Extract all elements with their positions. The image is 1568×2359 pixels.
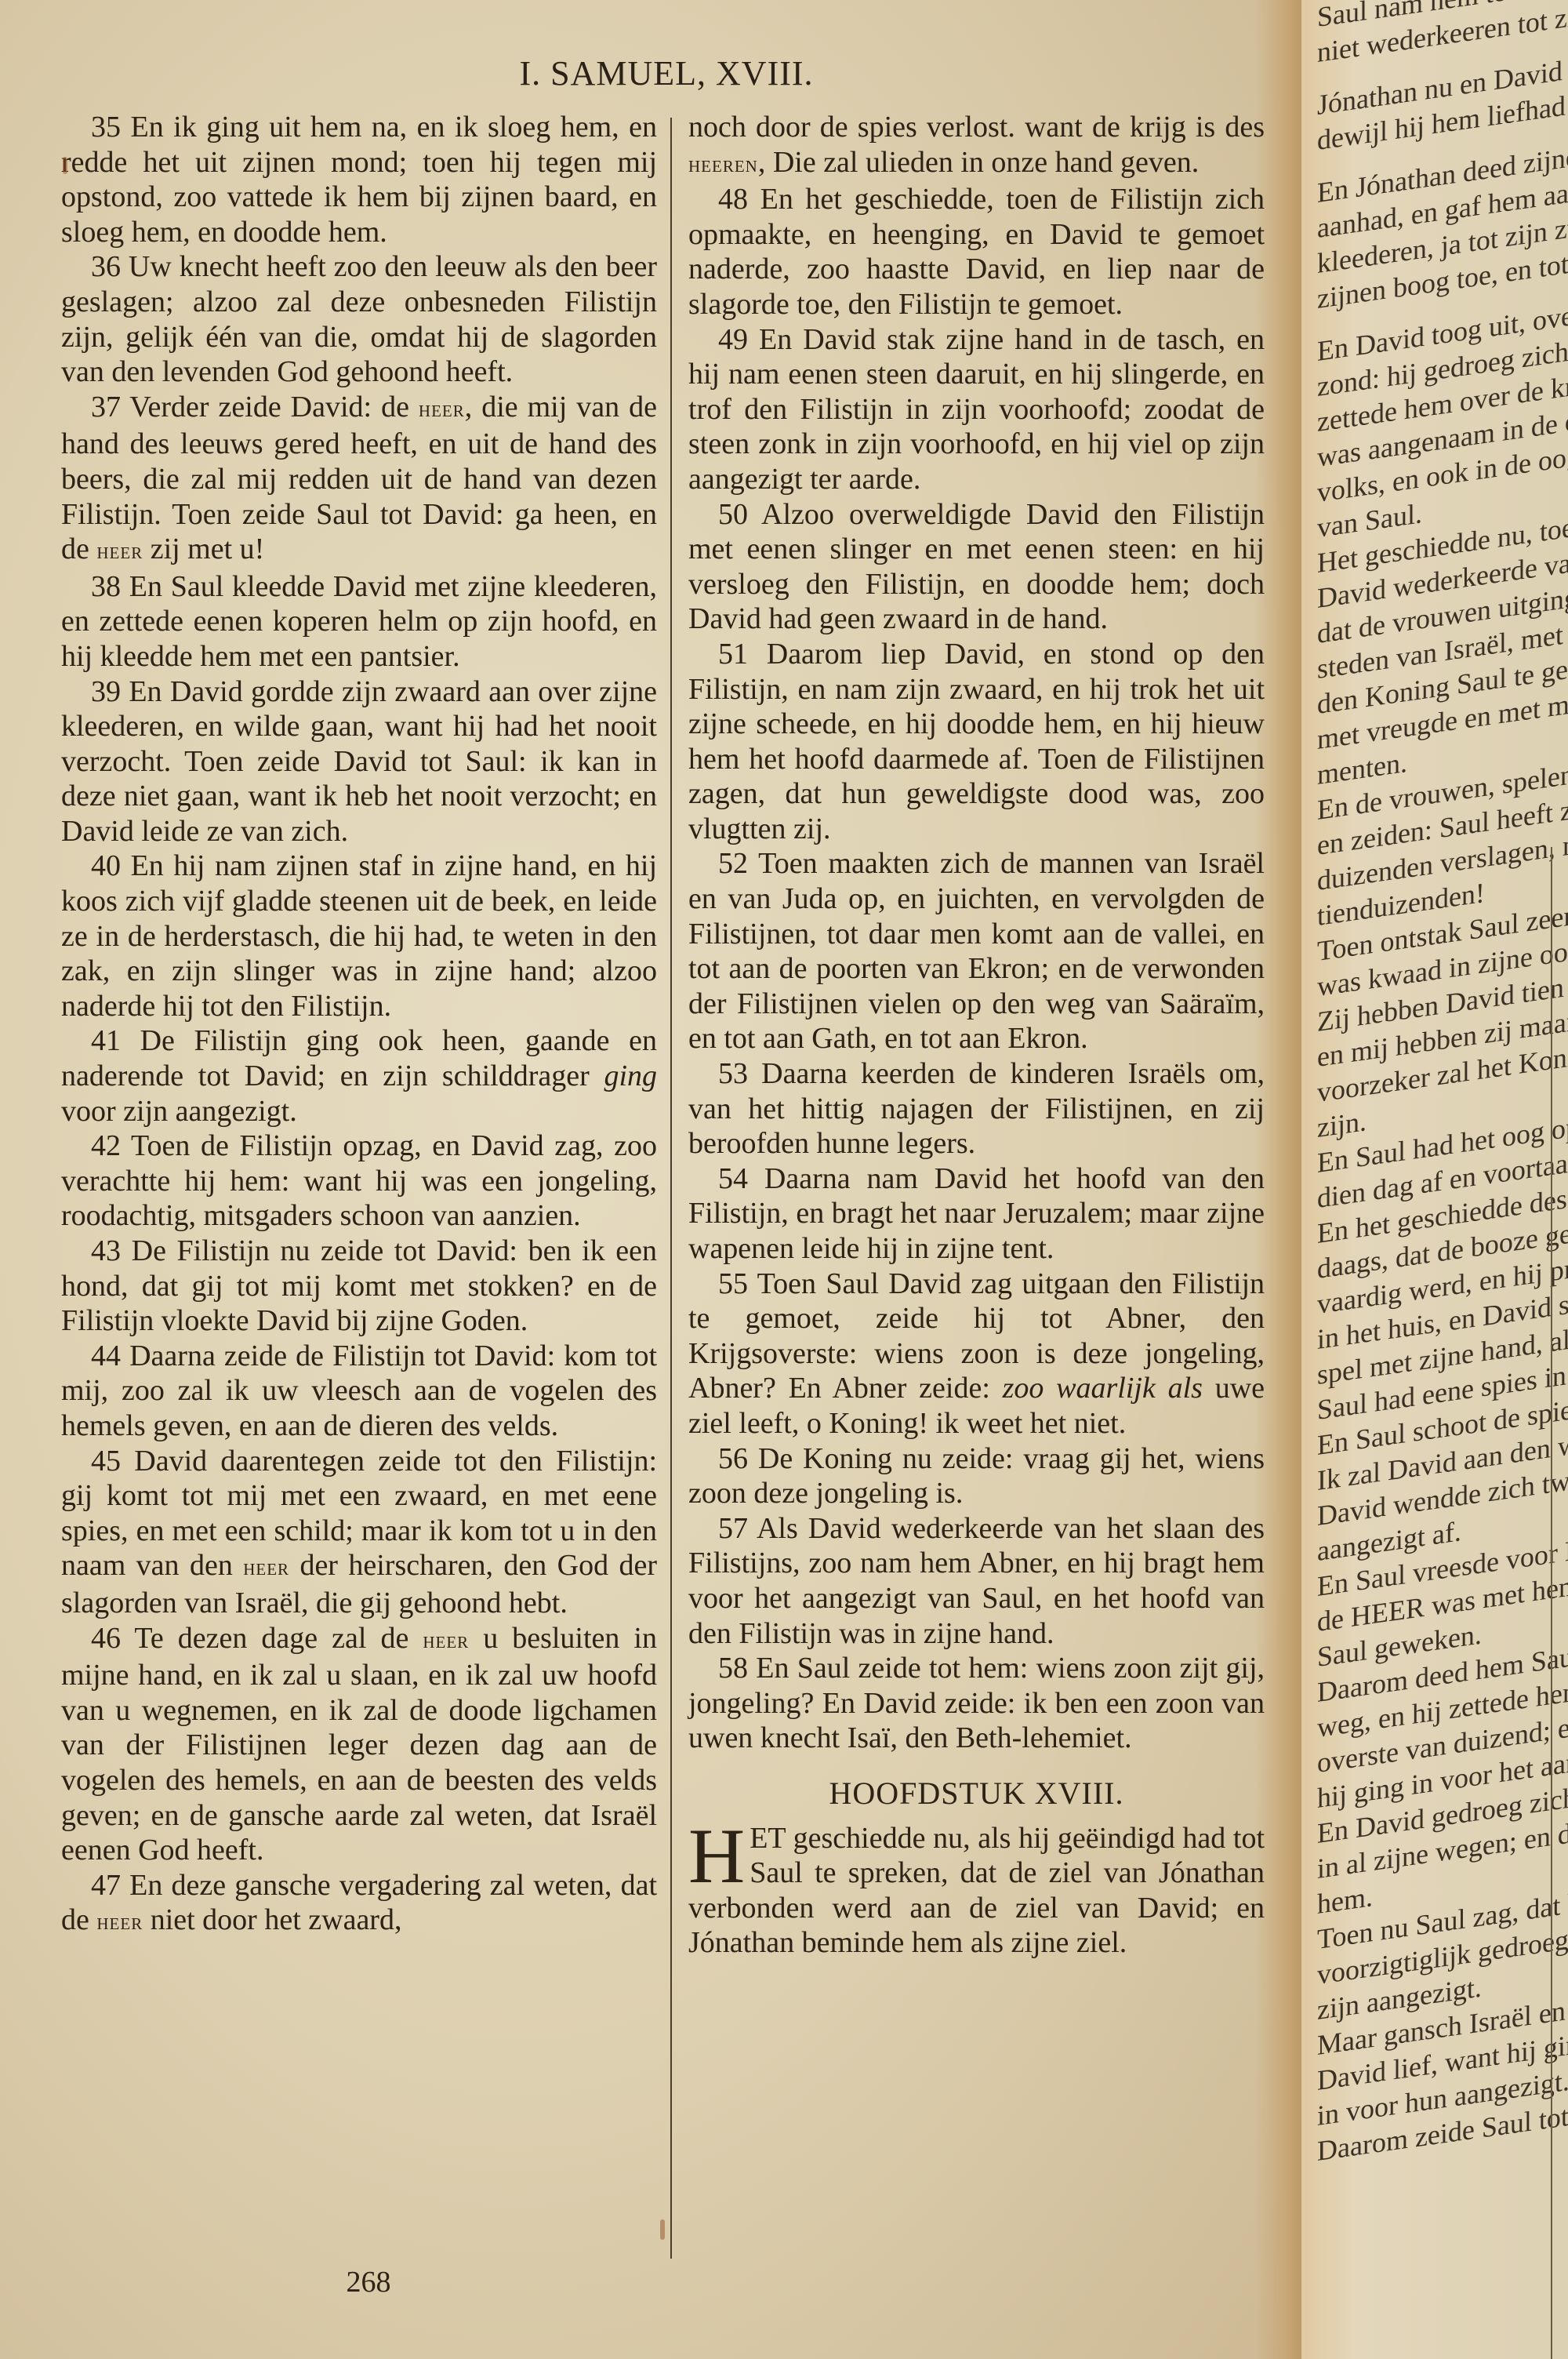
verse-text: Te dezen dage zal de [134,1622,423,1655]
divine-name-small-caps: HEER [96,539,143,564]
divine-name-small-caps: HEER [243,1555,289,1580]
verse-47-continuation: noch door de spies verlost. want de krij… [688,110,1265,182]
verse-text: En het geschiedde, toen de Filistijn zic… [688,183,1265,321]
verse-51: 51 Daarom liep David, en stond op den Fi… [688,637,1265,847]
verse-text: Daarna nam David het hoofd van den Filis… [688,1162,1265,1265]
chapter-opening-paragraph: HET geschiedde nu, als hij geëindigd had… [688,1821,1265,1961]
divine-name-small-caps: HEEREN [688,152,758,177]
verse-46: 46 Te dezen dage zal de HEER u besluiten… [61,1621,657,1868]
verse-52: 52 Toen maakten zich de mannen van Israë… [688,846,1265,1056]
verse-number: 40 [91,849,121,882]
drop-cap: H [688,1824,745,1888]
verse-text: En David gordde zijn zwaard aan over zij… [61,675,657,848]
verse-44: 44 Daarna zeide de Filistijn tot David: … [61,1339,657,1444]
verse-56: 56 De Koning nu zeide: vraag gij het, wi… [688,1441,1265,1511]
verse-number: 44 [91,1339,121,1372]
verse-55: 55 Toen Saul David zag uitgaan den Filis… [688,1267,1265,1441]
verse-48: 48 En het geschiedde, toen de Filistijn … [688,182,1265,322]
verse-number: 56 [718,1442,748,1475]
divine-name-small-caps: HEER [96,1910,143,1935]
verse-text: , Die zal ulieden in onze hand geven. [758,146,1199,179]
verse-number: 39 [91,675,121,708]
left-column: 35 En ik ging uit hem na, en ik sloeg he… [61,110,657,1940]
column-divider-rule [670,118,672,2259]
verse-text: De Filistijn nu zeide tot David: ben ik … [61,1234,657,1337]
verse-number: 45 [91,1445,121,1478]
verse-number: 36 [91,250,121,283]
verse-50: 50 Alzoo overweldigde David den Filistij… [688,497,1265,637]
verse-number: 51 [718,638,748,671]
adjacent-page-fragment: Saul nam hem te dien dage, enniet wederk… [1301,0,1568,2359]
verse-number: 35 [91,111,121,144]
verse-text: En Saul kleedde David met zijne kleedere… [61,570,657,673]
verse-number: 52 [718,847,748,880]
verse-number: 58 [718,1652,748,1685]
verse-38: 38 En Saul kleedde David met zijne kleed… [61,569,657,674]
verse-text: De Filistijn ging ook heen, gaande en na… [61,1024,657,1092]
verse-number: 49 [718,323,748,356]
verse-49: 49 En David stak zijne hand in de tasch,… [688,322,1265,497]
verse-text: En hij nam zijnen staf in zijne hand, en… [61,849,657,1022]
verse-43: 43 De Filistijn nu zeide tot David: ben … [61,1234,657,1339]
divine-name-small-caps: HEER [419,397,465,422]
divine-name-small-caps: HEER [423,1628,469,1653]
verse-number: 48 [718,183,748,216]
italic-supplied-words: zoo waarlijk als [1003,1372,1203,1405]
verse-53: 53 Daarna keerden de kinderen Israëls om… [688,1056,1265,1161]
verse-text: En David stak zijne hand in de tasch, en… [688,323,1265,496]
verse-40: 40 En hij nam zijnen staf in zijne hand,… [61,849,657,1023]
paper-stain [63,157,67,174]
verse-text: Verder zeide David: de [129,391,419,423]
verse-text: Daarna keerden de kinderen Israëls om, v… [688,1057,1265,1160]
verse-text: noch door de spies verlost. want de krij… [688,111,1265,144]
adjacent-page-text: Saul nam hem te dien dage, enniet wederk… [1317,0,1568,2169]
verse-number: 37 [91,391,121,423]
verse-35: 35 En ik ging uit hem na, en ik sloeg he… [61,110,657,249]
verse-number: 41 [91,1024,121,1057]
verse-41: 41 De Filistijn ging ook heen, gaande en… [61,1023,657,1129]
opening-caps: ET [750,1822,786,1855]
verse-text: Uw knecht heeft zoo den leeuw als den be… [61,250,657,388]
verse-number: 53 [718,1057,748,1090]
verse-number: 46 [91,1622,121,1655]
verse-47: 47 En deze gansche vergadering zal weten… [61,1868,657,1940]
verse-text: voor zijn aangezigt. [61,1095,297,1128]
verse-number: 54 [718,1162,748,1195]
verse-37: 37 Verder zeide David: de HEER, die mij … [61,390,657,569]
verse-number: 43 [91,1234,121,1267]
verse-number: 50 [718,498,748,531]
verse-57: 57 Als David wederkeerde van het slaan d… [688,1511,1265,1651]
right-column: noch door de spies verlost. want de krij… [688,110,1265,1961]
adjacent-page-column-rule [1551,847,1552,2359]
verse-number: 47 [91,1869,121,1902]
verse-39: 39 En David gordde zijn zwaard aan over … [61,674,657,849]
verse-text: En Saul zeide tot hem: wiens zoon zijt g… [688,1652,1265,1754]
verse-45: 45 David daarentegen zeide tot den Filis… [61,1444,657,1621]
verse-36: 36 Uw knecht heeft zoo den leeuw als den… [61,249,657,389]
verse-54: 54 Daarna nam David het hoofd van den Fi… [688,1161,1265,1267]
running-head: I. SAMUEL, XVIII. [502,53,831,93]
italic-supplied-words: ging [604,1060,657,1092]
verse-text: Toen de Filistijn opzag, en David zag, z… [61,1129,657,1232]
verse-text: En ik ging uit hem na, en ik sloeg hem, … [61,111,657,249]
verse-58: 58 En Saul zeide tot hem: wiens zoon zij… [688,1651,1265,1756]
verse-text: Toen maakten zich de mannen van Israël e… [688,847,1265,1055]
verse-text: zij met u! [143,533,264,565]
verse-number: 38 [91,570,121,603]
verse-text: u besluiten in mijne hand, en ik zal u s… [61,1622,657,1867]
verse-number: 42 [91,1129,121,1162]
chapter-heading: HOOFDSTUK XVIII. [688,1776,1265,1812]
verse-text: niet door het zwaard, [143,1903,401,1936]
verse-text: Als David wederkeerde van het slaan des … [688,1512,1265,1650]
verse-42: 42 Toen de Filistijn opzag, en David zag… [61,1129,657,1234]
verse-text: Alzoo overweldigde David den Filistijn m… [688,498,1265,636]
verse-number: 57 [718,1512,748,1545]
paper-stain [660,2219,665,2240]
verse-text: De Koning nu zeide: vraag gij het, wiens… [688,1442,1265,1510]
verse-text: Daarom liep David, en stond op den Filis… [688,638,1265,845]
page-number: 268 [329,2265,408,2299]
verse-number: 55 [718,1267,748,1300]
verse-text: Daarna zeide de Filistijn tot David: kom… [61,1339,657,1442]
